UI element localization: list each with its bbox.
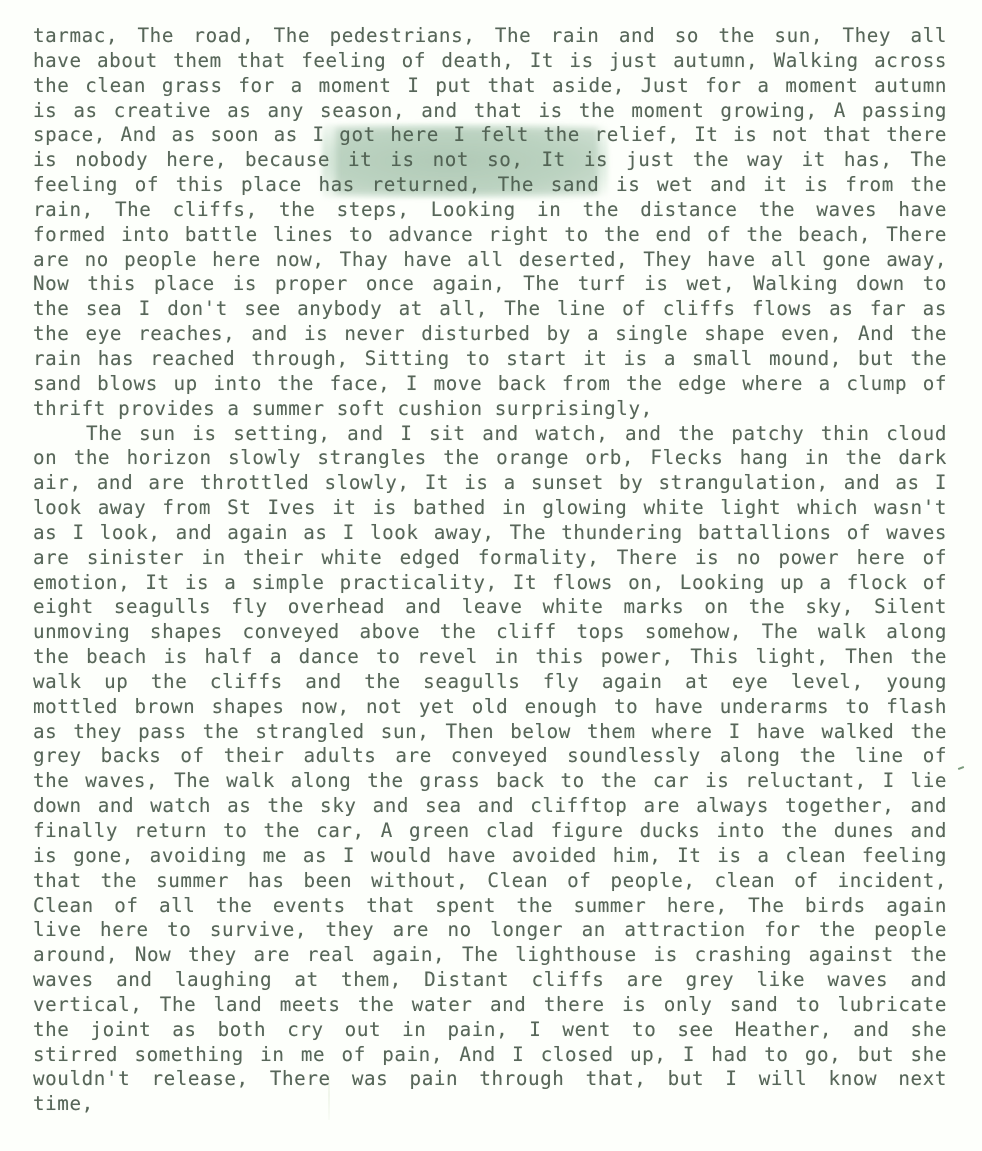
text-line: finally return to the car, A green clad … [33,819,947,844]
text-line: live here to survive, they are no longer… [33,918,947,943]
text-line: the waves, The walk along the grass back… [33,769,947,794]
text-line: the joint as both cry out in pain, I wen… [33,1018,947,1043]
text-line: unmoving shapes conveyed above the cliff… [33,620,947,645]
text-line: vertical, The land meets the water and t… [33,993,947,1018]
typed-document-page: tarmac, The road, The pedestrians, The r… [33,24,947,1117]
text-line: grey backs of their adults are conveyed … [33,744,947,769]
text-line: is as creative as any season, and that i… [33,99,947,124]
scan-speck [958,766,964,770]
text-line: walk up the cliffs and the seagulls fly … [33,670,947,695]
text-line: rain has reached through, Sitting to sta… [33,347,947,372]
text-line: the clean grass for a moment I put that … [33,74,947,99]
text-line: are no people here now, Thay have all de… [33,248,947,273]
text-line: stirred something in me of pain, And I c… [33,1043,947,1068]
text-line: air, and are throttled slowly, It is a s… [33,471,947,496]
text-line: tarmac, The road, The pedestrians, The r… [33,24,947,49]
paragraph-2: The sun is setting, and I sit and watch,… [33,422,947,1118]
text-line: are sinister in their white edged formal… [33,546,947,571]
text-line: mottled brown shapes now, not yet old en… [33,695,947,720]
text-line: Now this place is proper once again, The… [33,272,947,297]
text-line: down and watch as the sky and sea and cl… [33,794,947,819]
text-line: wouldn't release, There was pain through… [33,1067,947,1092]
text-line: space, And as soon as I got here I felt … [33,123,947,148]
text-line: rain, The cliffs, the steps, Looking in … [33,198,947,223]
text-line: is gone, avoiding me as I would have avo… [33,844,947,869]
text-line: have about them that feeling of death, I… [33,49,947,74]
text-line: emotion, It is a simple practicality, It… [33,571,947,596]
text-line: as I look, and again as I look away, The… [33,521,947,546]
text-line: eight seagulls fly overhead and leave wh… [33,595,947,620]
text-line: the sea I don't see anybody at all, The … [33,297,947,322]
text-line: waves and laughing at them, Distant clif… [33,968,947,993]
text-line: The sun is setting, and I sit and watch,… [33,422,947,447]
text-line: Clean of all the events that spent the s… [33,894,947,919]
text-line: around, Now they are real again, The lig… [33,943,947,968]
text-line: feeling of this place has returned, The … [33,173,947,198]
text-line: that the summer has been without, Clean … [33,869,947,894]
text-line: as they pass the strangled sun, Then bel… [33,720,947,745]
text-line: look away from St Ives it is bathed in g… [33,496,947,521]
text-line: the eye reaches, and is never disturbed … [33,322,947,347]
text-line: is nobody here, because it is not so, It… [33,148,947,173]
paragraph-1: tarmac, The road, The pedestrians, The r… [33,24,947,422]
text-line: on the horizon slowly strangles the oran… [33,446,947,471]
text-line: formed into battle lines to advance righ… [33,223,947,248]
text-line: thrift provides a summer soft cushion su… [33,397,947,422]
text-line: the beach is half a dance to revel in th… [33,645,947,670]
text-line: time, [33,1092,947,1117]
text-line: sand blows up into the face, I move back… [33,372,947,397]
